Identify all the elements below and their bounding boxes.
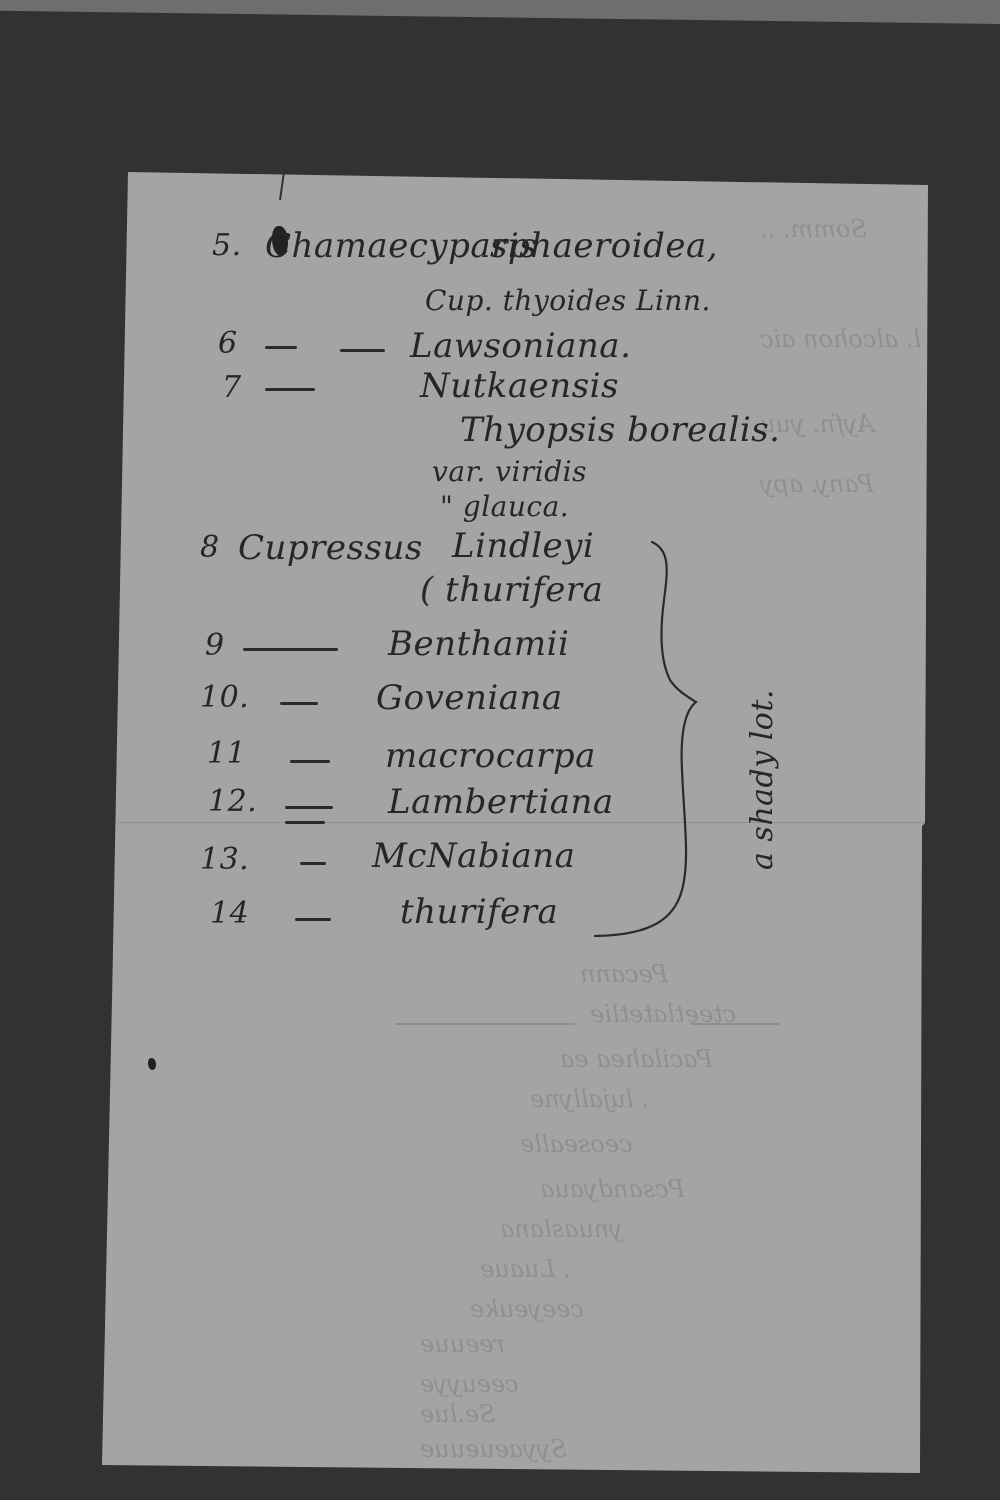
entry-note: Thyopsis borealis. — [460, 410, 780, 450]
entry-number: 11 — [207, 736, 246, 771]
species-name: Lambertiana — [388, 782, 614, 822]
species-name: Lindleyi — [452, 526, 594, 566]
entry-number: 7 — [222, 370, 242, 405]
genus-name: Cupressus — [238, 528, 423, 568]
curly-brace-bracket — [590, 530, 710, 950]
entry-number: 14 — [210, 896, 249, 931]
species-name: Lawsoniana. — [410, 326, 631, 366]
background-top-strip — [0, 0, 1000, 24]
entry-note: Cup. thyoides Linn. — [425, 284, 711, 317]
entry-number: 10. — [200, 680, 249, 715]
margin-note-rotated: a shady lot. — [745, 689, 780, 870]
species-name: Benthamii — [388, 624, 569, 664]
entry-number: 6 — [218, 326, 238, 361]
entry-number: 13. — [200, 842, 249, 877]
species-name: Nutkaensis — [420, 366, 619, 406]
entry-number: 8 — [200, 530, 220, 565]
species-name: McNabiana — [372, 836, 575, 876]
entry-note: ( thurifera — [420, 570, 603, 610]
paper-fold-line — [110, 822, 925, 823]
entry-number: 12. — [208, 784, 257, 819]
variety: " glauca. — [440, 490, 569, 523]
species-name: thurifera — [400, 892, 558, 932]
species-name: Goveniana — [376, 678, 563, 718]
ink-blot — [148, 1058, 156, 1070]
species-name: macrocarpa — [385, 736, 596, 776]
entry-number: 9 — [205, 628, 225, 663]
variety: var. viridis — [432, 455, 587, 488]
species-name: sphaeroidea, — [490, 226, 718, 266]
entry-number: 5. — [212, 228, 242, 263]
